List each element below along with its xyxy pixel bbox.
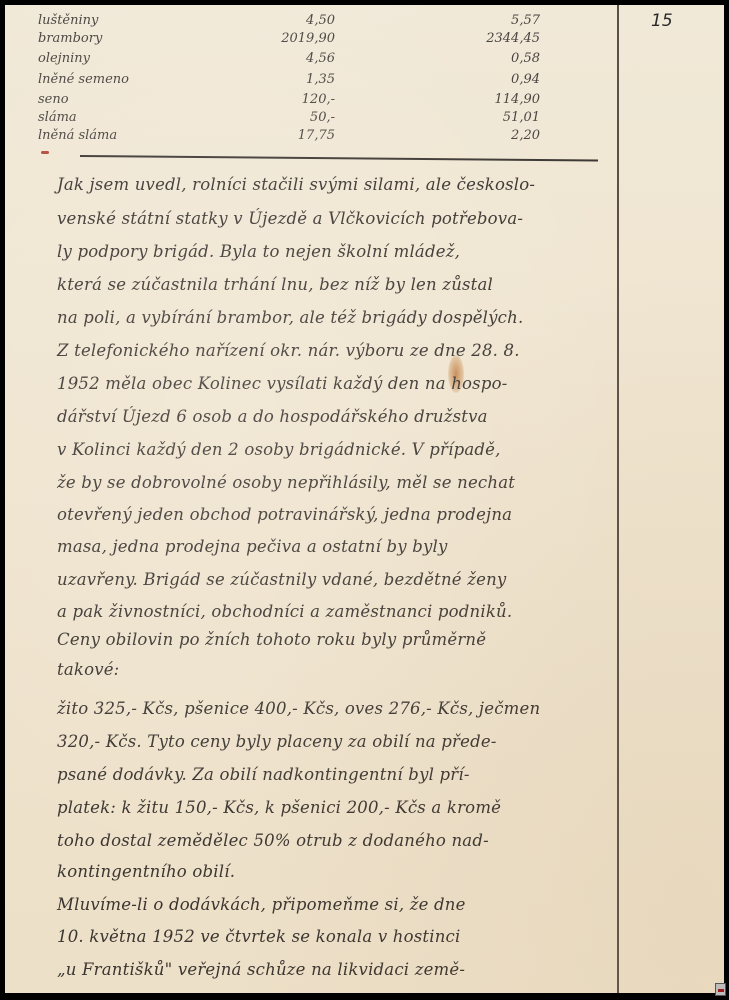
table-value-2: 0,94 [430, 72, 540, 87]
text-line: psané dodávky. Za obilí nadkontingentní … [57, 765, 612, 784]
table-row: seno 120,- 114,90 [5, 92, 617, 110]
text-line: a pak živnostníci, obchodníci a zaměstna… [57, 602, 612, 621]
table-row: lněné semeno 1,35 0,94 [5, 72, 617, 90]
text-line: na poli, a vybírání brambor, ale též bri… [57, 308, 612, 327]
text-line: Mluvíme-li o dodávkách, připomeňme si, ž… [57, 895, 612, 914]
text-line: Jak jsem uvedl, rolníci stačili svými si… [57, 175, 612, 194]
table-item: luštěniny [38, 13, 98, 28]
table-item: lněné semeno [38, 72, 129, 87]
text-line: Ceny obilovin po žních tohoto roku byly … [57, 630, 612, 649]
table-value-1: 120,- [235, 92, 335, 107]
text-line: otevřený jeden obchod potravinářský, jed… [57, 505, 612, 524]
table-row: luštěniny 4,50 5,57 [5, 13, 617, 31]
table-value-1: 1,35 [235, 72, 335, 87]
ink-mark [41, 151, 49, 154]
table-value-2: 114,90 [430, 92, 540, 107]
text-line: Z telefonického nařízení okr. nár. výbor… [57, 341, 612, 360]
text-line: dářství Újezd 6 osob a do hospodářského … [57, 407, 612, 426]
table-row: sláma 50,- 51,01 [5, 110, 617, 128]
table-row: lněná sláma 17,75 2,20 [5, 128, 617, 146]
table-item: brambory [38, 31, 102, 46]
table-value-2: 2344,45 [430, 31, 540, 46]
page-number: 15 [651, 11, 673, 31]
text-line: takové: [57, 660, 612, 679]
table-value-1: 4,56 [235, 51, 335, 66]
text-line: že by se dobrovolné osoby nepřihlásily, … [57, 473, 612, 492]
table-row: olejniny 4,56 0,58 [5, 51, 617, 69]
table-value-2: 2,20 [430, 128, 540, 143]
document-page: 15 luštěniny 4,50 5,57 brambory 2019,90 … [5, 5, 724, 993]
margin-line [617, 5, 619, 993]
horizontal-rule [80, 155, 598, 161]
table-value-2: 0,58 [430, 51, 540, 66]
text-line: 10. května 1952 ve čtvrtek se konala v h… [57, 927, 612, 946]
minimize-icon[interactable] [715, 983, 726, 996]
table-value-1: 50,- [235, 110, 335, 125]
text-line: ly podpory brigád. Byla to nejen školní … [57, 242, 612, 261]
table-value-2: 5,57 [430, 13, 540, 28]
text-line: 320,- Kčs. Tyto ceny byly placeny za obi… [57, 732, 612, 751]
text-line: platek: k žitu 150,- Kčs, k pšenici 200,… [57, 798, 612, 817]
table-value-1: 2019,90 [235, 31, 335, 46]
table-item: seno [38, 92, 69, 107]
table-value-1: 17,75 [235, 128, 335, 143]
text-line: uzavřeny. Brigád se zúčastnily vdané, be… [57, 570, 612, 589]
text-line: žito 325,- Kčs, pšenice 400,- Kčs, oves … [57, 699, 612, 718]
table-row: brambory 2019,90 2344,45 [5, 31, 617, 49]
table-item: lněná sláma [38, 128, 117, 143]
text-line: kontingentního obilí. [57, 862, 612, 881]
table-item: sláma [38, 110, 77, 125]
text-line: masa, jedna prodejna pečiva a ostatní by… [57, 537, 612, 556]
table-item: olejniny [38, 51, 90, 66]
text-line: 1952 měla obec Kolinec vysílati každý de… [57, 374, 612, 393]
text-line: v Kolinci každý den 2 osoby brigádnické.… [57, 440, 612, 459]
text-line: venské státní statky v Újezdě a Vlčkovic… [57, 209, 612, 228]
table-value-1: 4,50 [235, 13, 335, 28]
text-line: toho dostal zemědělec 50% otrub z dodané… [57, 831, 612, 850]
minimize-bar [718, 989, 724, 992]
text-line: „u Františků" veřejná schůze na likvidac… [57, 960, 612, 979]
table-value-2: 51,01 [430, 110, 540, 125]
text-line: která se zúčastnila trhání lnu, bez níž … [57, 275, 612, 294]
